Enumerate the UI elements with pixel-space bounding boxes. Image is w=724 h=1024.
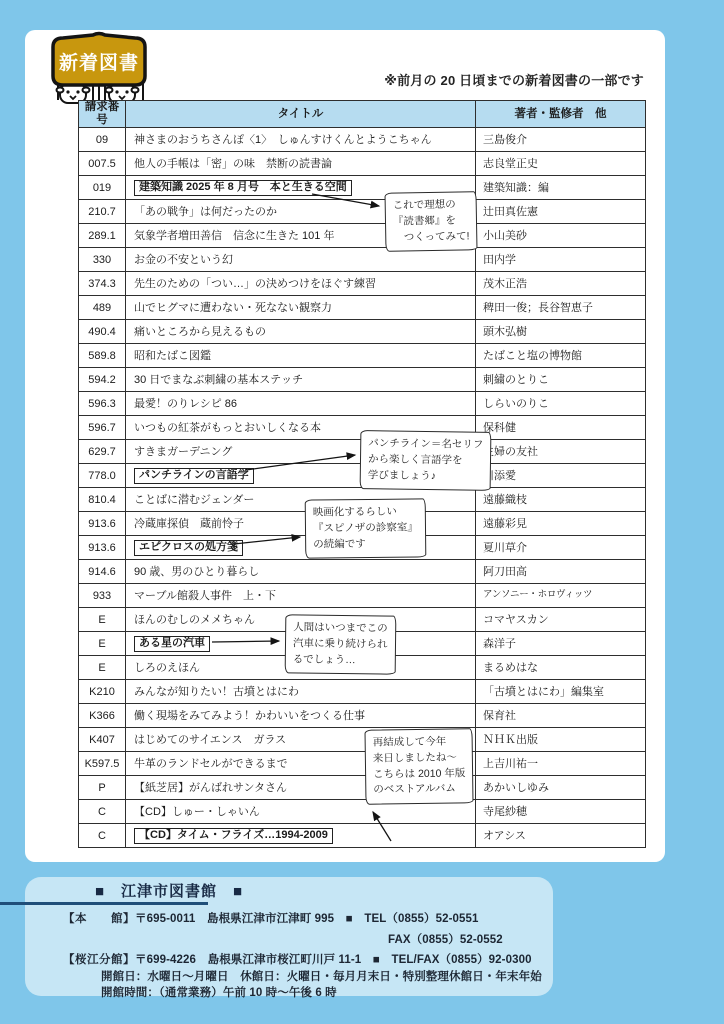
call-number: 778.0: [79, 464, 126, 488]
author: 主婦の友社: [476, 440, 646, 464]
author: オアシス: [476, 824, 646, 848]
table-row: 489山でヒグマに遭わない・死なない観察力稗田一俊；長谷智恵子: [79, 296, 646, 320]
table-row: 289.1気象学者増田善信 信念に生きた 101 年小山美砂: [79, 224, 646, 248]
author: 辻田真佐憲: [476, 200, 646, 224]
call-number: 629.7: [79, 440, 126, 464]
book-title: 【CD】タイム・フライズ…1994-2009: [126, 824, 476, 848]
author: 建築知識：編: [476, 176, 646, 200]
table-row: K366働く現場をみてみよう！かわいいをつくる仕事保育社: [79, 704, 646, 728]
call-number: K210: [79, 680, 126, 704]
table-row: 933マーブル館殺人事件 上・下アンソニー・ホロヴィッツ: [79, 584, 646, 608]
author: 志良堂正史: [476, 152, 646, 176]
call-number: 596.3: [79, 392, 126, 416]
badge-book-icon: 新着図書: [53, 34, 145, 86]
book-title: 神さまのおうちさんぽ〈1〉 しゅんすけくんとようこちゃん: [126, 128, 476, 152]
author: 上吉川祐一: [476, 752, 646, 776]
author: しらいのりこ: [476, 392, 646, 416]
call-number: 490.4: [79, 320, 126, 344]
highlighted-title: パンチラインの言語学: [134, 468, 254, 484]
branch-library-label: 【桜江分館】: [63, 954, 135, 966]
call-number: 007.5: [79, 152, 126, 176]
header-title: タイトル: [126, 101, 476, 128]
call-number: K407: [79, 728, 126, 752]
table-row: K210みんなが知りたい！古墳とはにわ「古墳とはにわ」編集室: [79, 680, 646, 704]
book-title: 他人の手帳は「密」の味 禁断の読書論: [126, 152, 476, 176]
new-books-badge: 新着図書: [46, 30, 158, 108]
book-title: お金の不安という幻: [126, 248, 476, 272]
table-row: 019建築知識 2025 年 8 月号 本と生きる空間建築知識：編: [79, 176, 646, 200]
call-number: 596.7: [79, 416, 126, 440]
author: 夏川草介: [476, 536, 646, 560]
table-row: 914.690 歳、男のひとり暮らし阿刀田高: [79, 560, 646, 584]
call-number: P: [79, 776, 126, 800]
heading-underline-divider: [0, 902, 208, 905]
table-row: 490.4痛いところから見えるもの頭木弘樹: [79, 320, 646, 344]
table-row: C【CD】タイム・フライズ…1994-2009オアシス: [79, 824, 646, 848]
badge-label: 新着図書: [59, 51, 139, 74]
note-text: ※前月の 20 日頃までの新着図書の一部です: [384, 70, 644, 89]
table-row: 210.7「あの戦争」は何だったのか辻田真佐憲: [79, 200, 646, 224]
library-name-heading: ■ 江津市図書館 ■: [95, 880, 243, 901]
call-number: 913.6: [79, 512, 126, 536]
table-row: K407はじめてのサイエンス ガラスＮＨＫ出版: [79, 728, 646, 752]
call-number: C: [79, 824, 126, 848]
book-title: 痛いところから見えるもの: [126, 320, 476, 344]
call-number: 019: [79, 176, 126, 200]
author: 田内学: [476, 248, 646, 272]
author: コマヤスカン: [476, 608, 646, 632]
branch-library-address-line: 【桜江分館】〒699-4226 島根県江津市桜江町川戸 11-1 ■ TEL/F…: [63, 951, 532, 967]
main-library-label: 【本 館】: [63, 913, 135, 925]
call-number: 210.7: [79, 200, 126, 224]
call-number: 933: [79, 584, 126, 608]
highlighted-title: ある星の汽車: [134, 636, 210, 652]
call-number: E: [79, 656, 126, 680]
book-title: 昭和たばこ図鑑: [126, 344, 476, 368]
table-row: 589.8昭和たばこ図鑑たばこと塩の博物館: [79, 344, 646, 368]
author: 遠藤彩見: [476, 512, 646, 536]
author: 遠藤織枝: [476, 488, 646, 512]
books-table-header: 請求番号 タイトル 著者・監修者 他: [79, 101, 646, 128]
author: 川添愛: [476, 464, 646, 488]
annotation-bubble: 映画化するらしい 『スピノザの診察室』 の続編です: [305, 498, 427, 559]
call-number: 330: [79, 248, 126, 272]
branch-library-contact: 〒699-4226 島根県江津市桜江町川戸 11-1 ■ TEL/FAX（085…: [135, 954, 532, 966]
book-title: 最愛！のりレシピ 86: [126, 392, 476, 416]
author: 寺尾紗穂: [476, 800, 646, 824]
table-row: 007.5他人の手帳は「密」の味 禁断の読書論志良堂正史: [79, 152, 646, 176]
book-title: 30 日でまなぶ刺繍の基本ステッチ: [126, 368, 476, 392]
author: 茂木正浩: [476, 272, 646, 296]
table-row: 374.3先生のための「つい…」の決めつけをほぐす練習茂木正浩: [79, 272, 646, 296]
table-row: 09神さまのおうちさんぽ〈1〉 しゅんすけくんとようこちゃん三島俊介: [79, 128, 646, 152]
author: 頭木弘樹: [476, 320, 646, 344]
author: まるめはな: [476, 656, 646, 680]
book-title: 山でヒグマに遭わない・死なない観察力: [126, 296, 476, 320]
author: 森洋子: [476, 632, 646, 656]
open-hours-line: 開館時間：（通常業務）午前 10 時～午後 6 時: [101, 984, 337, 1000]
author: 「古墳とはにわ」編集室: [476, 680, 646, 704]
author: 保育社: [476, 704, 646, 728]
author: 三島俊介: [476, 128, 646, 152]
call-number: C: [79, 800, 126, 824]
call-number: 289.1: [79, 224, 126, 248]
call-number: E: [79, 608, 126, 632]
call-number: 489: [79, 296, 126, 320]
author: 刺繍のとりこ: [476, 368, 646, 392]
header-author: 著者・監修者 他: [476, 101, 646, 128]
author: 保科健: [476, 416, 646, 440]
flyer-page: { "page": { "badge_label": "新着図書", "note…: [0, 0, 724, 1024]
book-title: マーブル館殺人事件 上・下: [126, 584, 476, 608]
table-row: C【CD】しゅー・しゃいん寺尾紗穂: [79, 800, 646, 824]
call-number: 594.2: [79, 368, 126, 392]
book-title: みんなが知りたい！古墳とはにわ: [126, 680, 476, 704]
author: アンソニー・ホロヴィッツ: [476, 584, 646, 608]
call-number: K366: [79, 704, 126, 728]
author: 小山美砂: [476, 224, 646, 248]
call-number: 913.6: [79, 536, 126, 560]
main-library-fax-line: FAX（0855）52-0552: [388, 931, 503, 947]
author: あかいしゆみ: [476, 776, 646, 800]
call-number: 589.8: [79, 344, 126, 368]
annotation-bubble: 再結成して今年 来日しましたね～ こちらは 2010 年版 のベストアルバム: [364, 728, 473, 805]
open-days-line: 開館日：水曜日～月曜日 休館日：火曜日・毎月月末日・特別整理休館日・年末年始: [101, 968, 542, 984]
book-title: 90 歳、男のひとり暮らし: [126, 560, 476, 584]
table-row: P【紙芝居】がんばれサンタさんあかいしゆみ: [79, 776, 646, 800]
annotation-bubble: 人間はいつまでこの 汽車に乗り続けられ るでしょう…: [285, 614, 396, 675]
table-row: 594.230 日でまなぶ刺繍の基本ステッチ刺繍のとりこ: [79, 368, 646, 392]
book-title: 働く現場をみてみよう！かわいいをつくる仕事: [126, 704, 476, 728]
call-number: 09: [79, 128, 126, 152]
author: ＮＨＫ出版: [476, 728, 646, 752]
table-row: 330お金の不安という幻田内学: [79, 248, 646, 272]
main-library-address-line: 【本 館】〒695-0011 島根県江津市江津町 995 ■ TEL（0855）…: [63, 910, 479, 926]
call-number: E: [79, 632, 126, 656]
call-number: 810.4: [79, 488, 126, 512]
author: たばこと塩の博物館: [476, 344, 646, 368]
highlighted-title: エピクロスの処方箋: [134, 540, 243, 556]
header-call-number: 請求番号: [79, 101, 126, 128]
annotation-bubble: これで理想の 『読書郷』を つくってみて!: [384, 191, 477, 252]
highlighted-title: 建築知識 2025 年 8 月号 本と生きる空間: [134, 180, 352, 196]
highlighted-title: 【CD】タイム・フライズ…1994-2009: [134, 828, 333, 844]
call-number: 914.6: [79, 560, 126, 584]
table-row: K597.5牛革のランドセルができるまで上吉川祐一: [79, 752, 646, 776]
annotation-bubble: パンチライン＝名セリフ から楽しく言語学を 学びましょう♪: [360, 430, 492, 491]
call-number: K597.5: [79, 752, 126, 776]
author: 稗田一俊；長谷智恵子: [476, 296, 646, 320]
call-number: 374.3: [79, 272, 126, 296]
author: 阿刀田高: [476, 560, 646, 584]
table-row: 596.3最愛！のりレシピ 86しらいのりこ: [79, 392, 646, 416]
main-library-contact: 〒695-0011 島根県江津市江津町 995 ■ TEL（0855）52-05…: [135, 913, 479, 925]
book-title: 先生のための「つい…」の決めつけをほぐす練習: [126, 272, 476, 296]
